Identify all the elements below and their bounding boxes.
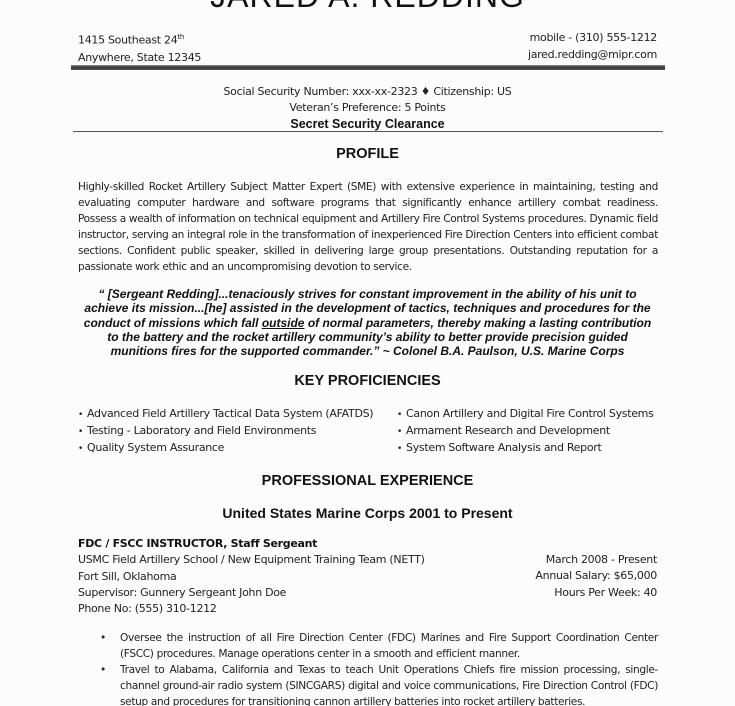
proficiencies-left-column: Advanced Field Artillery Tactical Data S… bbox=[78, 406, 373, 457]
veterans-preference: Veteran’s Preference: 5 Points bbox=[0, 100, 735, 116]
identity-divider bbox=[73, 131, 663, 132]
employer-heading: United States Marine Corps 2001 to Prese… bbox=[0, 505, 735, 521]
header-divider bbox=[71, 65, 665, 70]
job-duty-item: • Oversee the instruction of all Fire Di… bbox=[100, 630, 658, 662]
job-organization: USMC Field Artillery School / New Equipm… bbox=[78, 552, 425, 568]
experience-heading: PROFESSIONAL EXPERIENCE bbox=[0, 473, 735, 489]
job-meta: March 2008 - Present Annual Salary: $65,… bbox=[535, 552, 657, 601]
ordinal-suffix: th bbox=[177, 33, 184, 41]
security-clearance: Secret Security Clearance bbox=[0, 116, 735, 132]
contact-block: mobile - (310) 555-1212 jared.redding@mi… bbox=[528, 29, 657, 63]
job-details: FDC / FSCC INSTRUCTOR, Staff Sergeant US… bbox=[78, 536, 425, 617]
profile-heading: PROFILE bbox=[0, 146, 735, 162]
bullet-icon: • bbox=[100, 630, 106, 646]
job-supervisor: Supervisor: Gunnery Sergeant John Doe bbox=[78, 585, 425, 601]
bullet-icon: • bbox=[100, 662, 106, 678]
proficiency-item: Canon Artillery and Digital Fire Control… bbox=[397, 406, 654, 423]
proficiencies-right-column: Canon Artillery and Digital Fire Control… bbox=[397, 406, 654, 457]
proficiency-item: Armament Research and Development bbox=[397, 423, 654, 440]
commendation-quote: “ [Sergeant Redding]...tenaciously striv… bbox=[80, 287, 655, 358]
job-title: FDC / FSCC INSTRUCTOR, Staff Sergeant bbox=[78, 536, 425, 552]
address-block: 1415 Southeast 24th Anywhere, State 1234… bbox=[78, 29, 201, 66]
job-duty-item: • Travel to Alabama, California and Texa… bbox=[100, 662, 658, 706]
job-duties-list: • Oversee the instruction of all Fire Di… bbox=[100, 630, 658, 706]
emphasized-word: outside bbox=[262, 316, 305, 330]
resume-page: JARED A. REDDING 1415 Southeast 24th Any… bbox=[0, 0, 735, 706]
proficiency-item: Quality System Assurance bbox=[78, 440, 373, 457]
email-address: jared.redding@mipr.com bbox=[528, 46, 657, 63]
phone-number: mobile - (310) 555-1212 bbox=[528, 29, 657, 46]
candidate-name: JARED A. REDDING bbox=[0, 0, 735, 15]
address-line-2: Anywhere, State 12345 bbox=[78, 49, 201, 66]
profile-summary: Highly-skilled Rocket Artillery Subject … bbox=[78, 179, 658, 275]
job-dates: March 2008 - Present bbox=[535, 552, 657, 568]
proficiency-item: Advanced Field Artillery Tactical Data S… bbox=[78, 406, 373, 423]
job-location: Fort Sill, Oklahoma bbox=[78, 569, 425, 585]
address-line-1: 1415 Southeast 24th bbox=[78, 29, 201, 49]
job-phone: Phone No: (555) 310-1212 bbox=[78, 601, 425, 617]
proficiencies-heading: KEY PROFICIENCIES bbox=[0, 373, 735, 389]
proficiency-item: Testing - Laboratory and Field Environme… bbox=[78, 423, 373, 440]
identity-block: Social Security Number: xxx-xx-2323 ♦ Ci… bbox=[0, 84, 735, 132]
ssn-citizenship: Social Security Number: xxx-xx-2323 ♦ Ci… bbox=[0, 84, 735, 100]
job-hours: Hours Per Week: 40 bbox=[535, 585, 657, 601]
proficiency-item: System Software Analysis and Report bbox=[397, 440, 654, 457]
job-salary: Annual Salary: $65,000 bbox=[535, 568, 657, 584]
